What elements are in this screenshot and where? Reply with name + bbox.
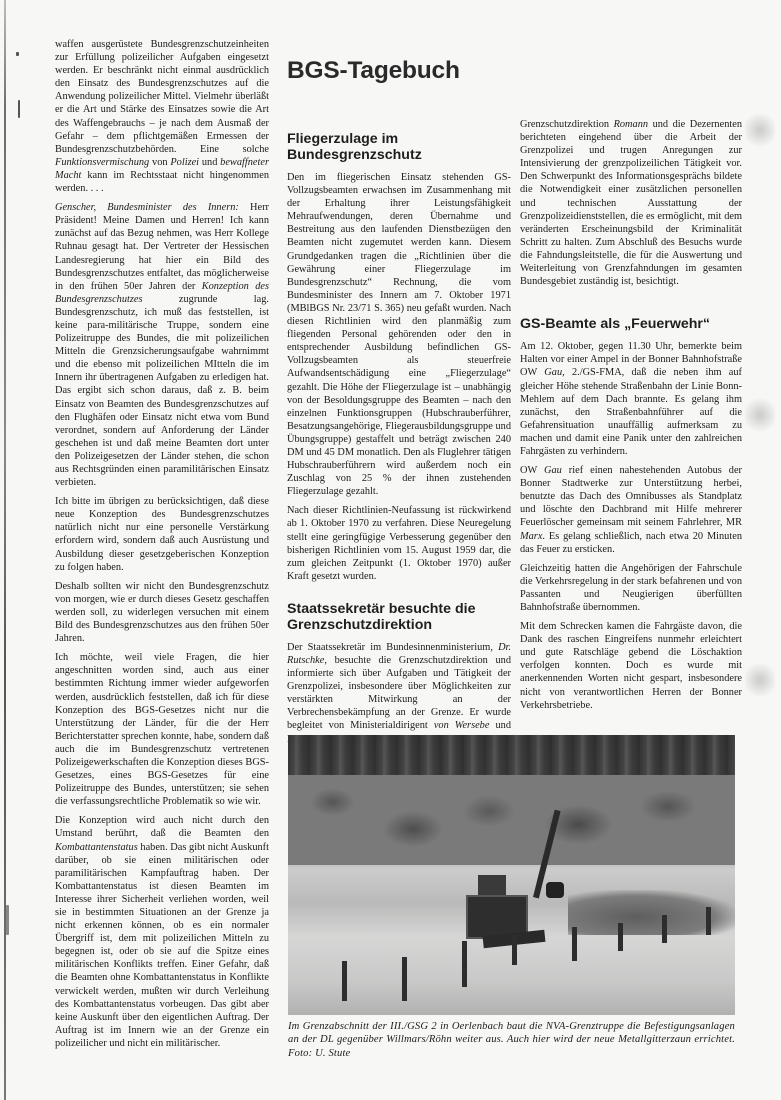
forest-treeline: [288, 735, 735, 775]
paragraph: Der Staatssekretär im Bundesinnenministe…: [287, 641, 511, 746]
paragraph: waffen ausgerüstete Bundesgrenzschutzein…: [55, 38, 269, 195]
emphasized-name: Gau: [544, 367, 562, 378]
scan-noise: [745, 110, 775, 150]
paragraph: Ich möchte, weil viele Fragen, die hier …: [55, 651, 269, 808]
emphasized-name: Genscher, Bundesminister des Innern:: [55, 202, 239, 213]
scan-noise: [745, 395, 775, 435]
scan-speck: [6, 905, 9, 935]
border-fortification-photo: [288, 735, 735, 1015]
fence-post: [342, 961, 347, 1001]
fence-post: [402, 957, 407, 1001]
right-column: Grenzschutzdirektion Romann und die Deze…: [520, 118, 742, 718]
shrubs: [288, 775, 735, 865]
article-heading-fliegerzulage: Fliegerzulage im Bundesgrenzschutz: [287, 131, 511, 163]
emphasized-name: Marx: [520, 531, 542, 542]
excavator-bucket: [546, 882, 564, 898]
fence-post: [618, 923, 623, 951]
scan-noise: [745, 660, 775, 700]
masthead-title: BGS-Tagebuch: [287, 57, 511, 85]
page-binding-edge: [4, 0, 6, 1100]
fence-post: [662, 915, 667, 943]
article-heading-staatssekretaer: Staatssekretär besuchte die Grenzschutzd…: [287, 601, 511, 633]
emphasized-name: Gau: [544, 465, 562, 476]
emphasized-name: Funktionsvermischung: [55, 157, 149, 168]
emphasized-name: von Wersebe: [434, 720, 490, 731]
emphasized-name: Dr. Rutschke: [287, 642, 511, 666]
emphasized-name: Romann: [614, 119, 648, 130]
paragraph: Genscher, Bundesminister des Innern: Her…: [55, 201, 269, 489]
paragraph: Mit dem Schrecken kamen die Fahrgäste da…: [520, 620, 742, 712]
paragraph: Ich bitte im übrigen zu berücksichtigen,…: [55, 495, 269, 574]
emphasized-name: Konzeption des Bundesgrenzschutzes: [55, 281, 269, 305]
fence-post: [462, 941, 467, 987]
scan-speck: [18, 100, 20, 118]
paragraph: Die Konzeption wird auch nicht durch den…: [55, 814, 269, 1050]
scan-speck: [16, 52, 19, 56]
fence-post: [706, 907, 711, 935]
emphasized-name: Polizei: [170, 157, 199, 168]
emphasized-name: Kombattantenstatus: [55, 842, 138, 853]
paragraph: Gleichzeitig hatten die Angehörigen der …: [520, 562, 742, 614]
fence-post: [572, 927, 577, 961]
paragraph: OW Gau rief einen nahestehenden Autobus …: [520, 464, 742, 556]
paragraph: Nach dieser Richtlinien-Neufassung ist r…: [287, 504, 511, 583]
paragraph: Deshalb sollten wir nicht den Bundesgren…: [55, 580, 269, 645]
left-column: waffen ausgerüstete Bundesgrenzschutzein…: [55, 38, 269, 1056]
paragraph: Am 12. Oktober, gegen 11.30 Uhr, bemerkt…: [520, 340, 742, 458]
fence-post: [512, 935, 517, 965]
paragraph-continued: Grenzschutzdirektion Romann und die Deze…: [520, 118, 742, 288]
article-heading-feuerwehr: GS-Beamte als „Feuerwehr“: [520, 316, 742, 332]
paragraph: Den im fliegerischen Einsatz stehenden G…: [287, 171, 511, 498]
photo-caption: Im Grenzabschnitt der III./GSG 2 in Oerl…: [288, 1020, 735, 1060]
middle-column: BGS-Tagebuch Fliegerzulage im Bundesgren…: [287, 57, 511, 752]
excavator-cab: [478, 875, 506, 897]
